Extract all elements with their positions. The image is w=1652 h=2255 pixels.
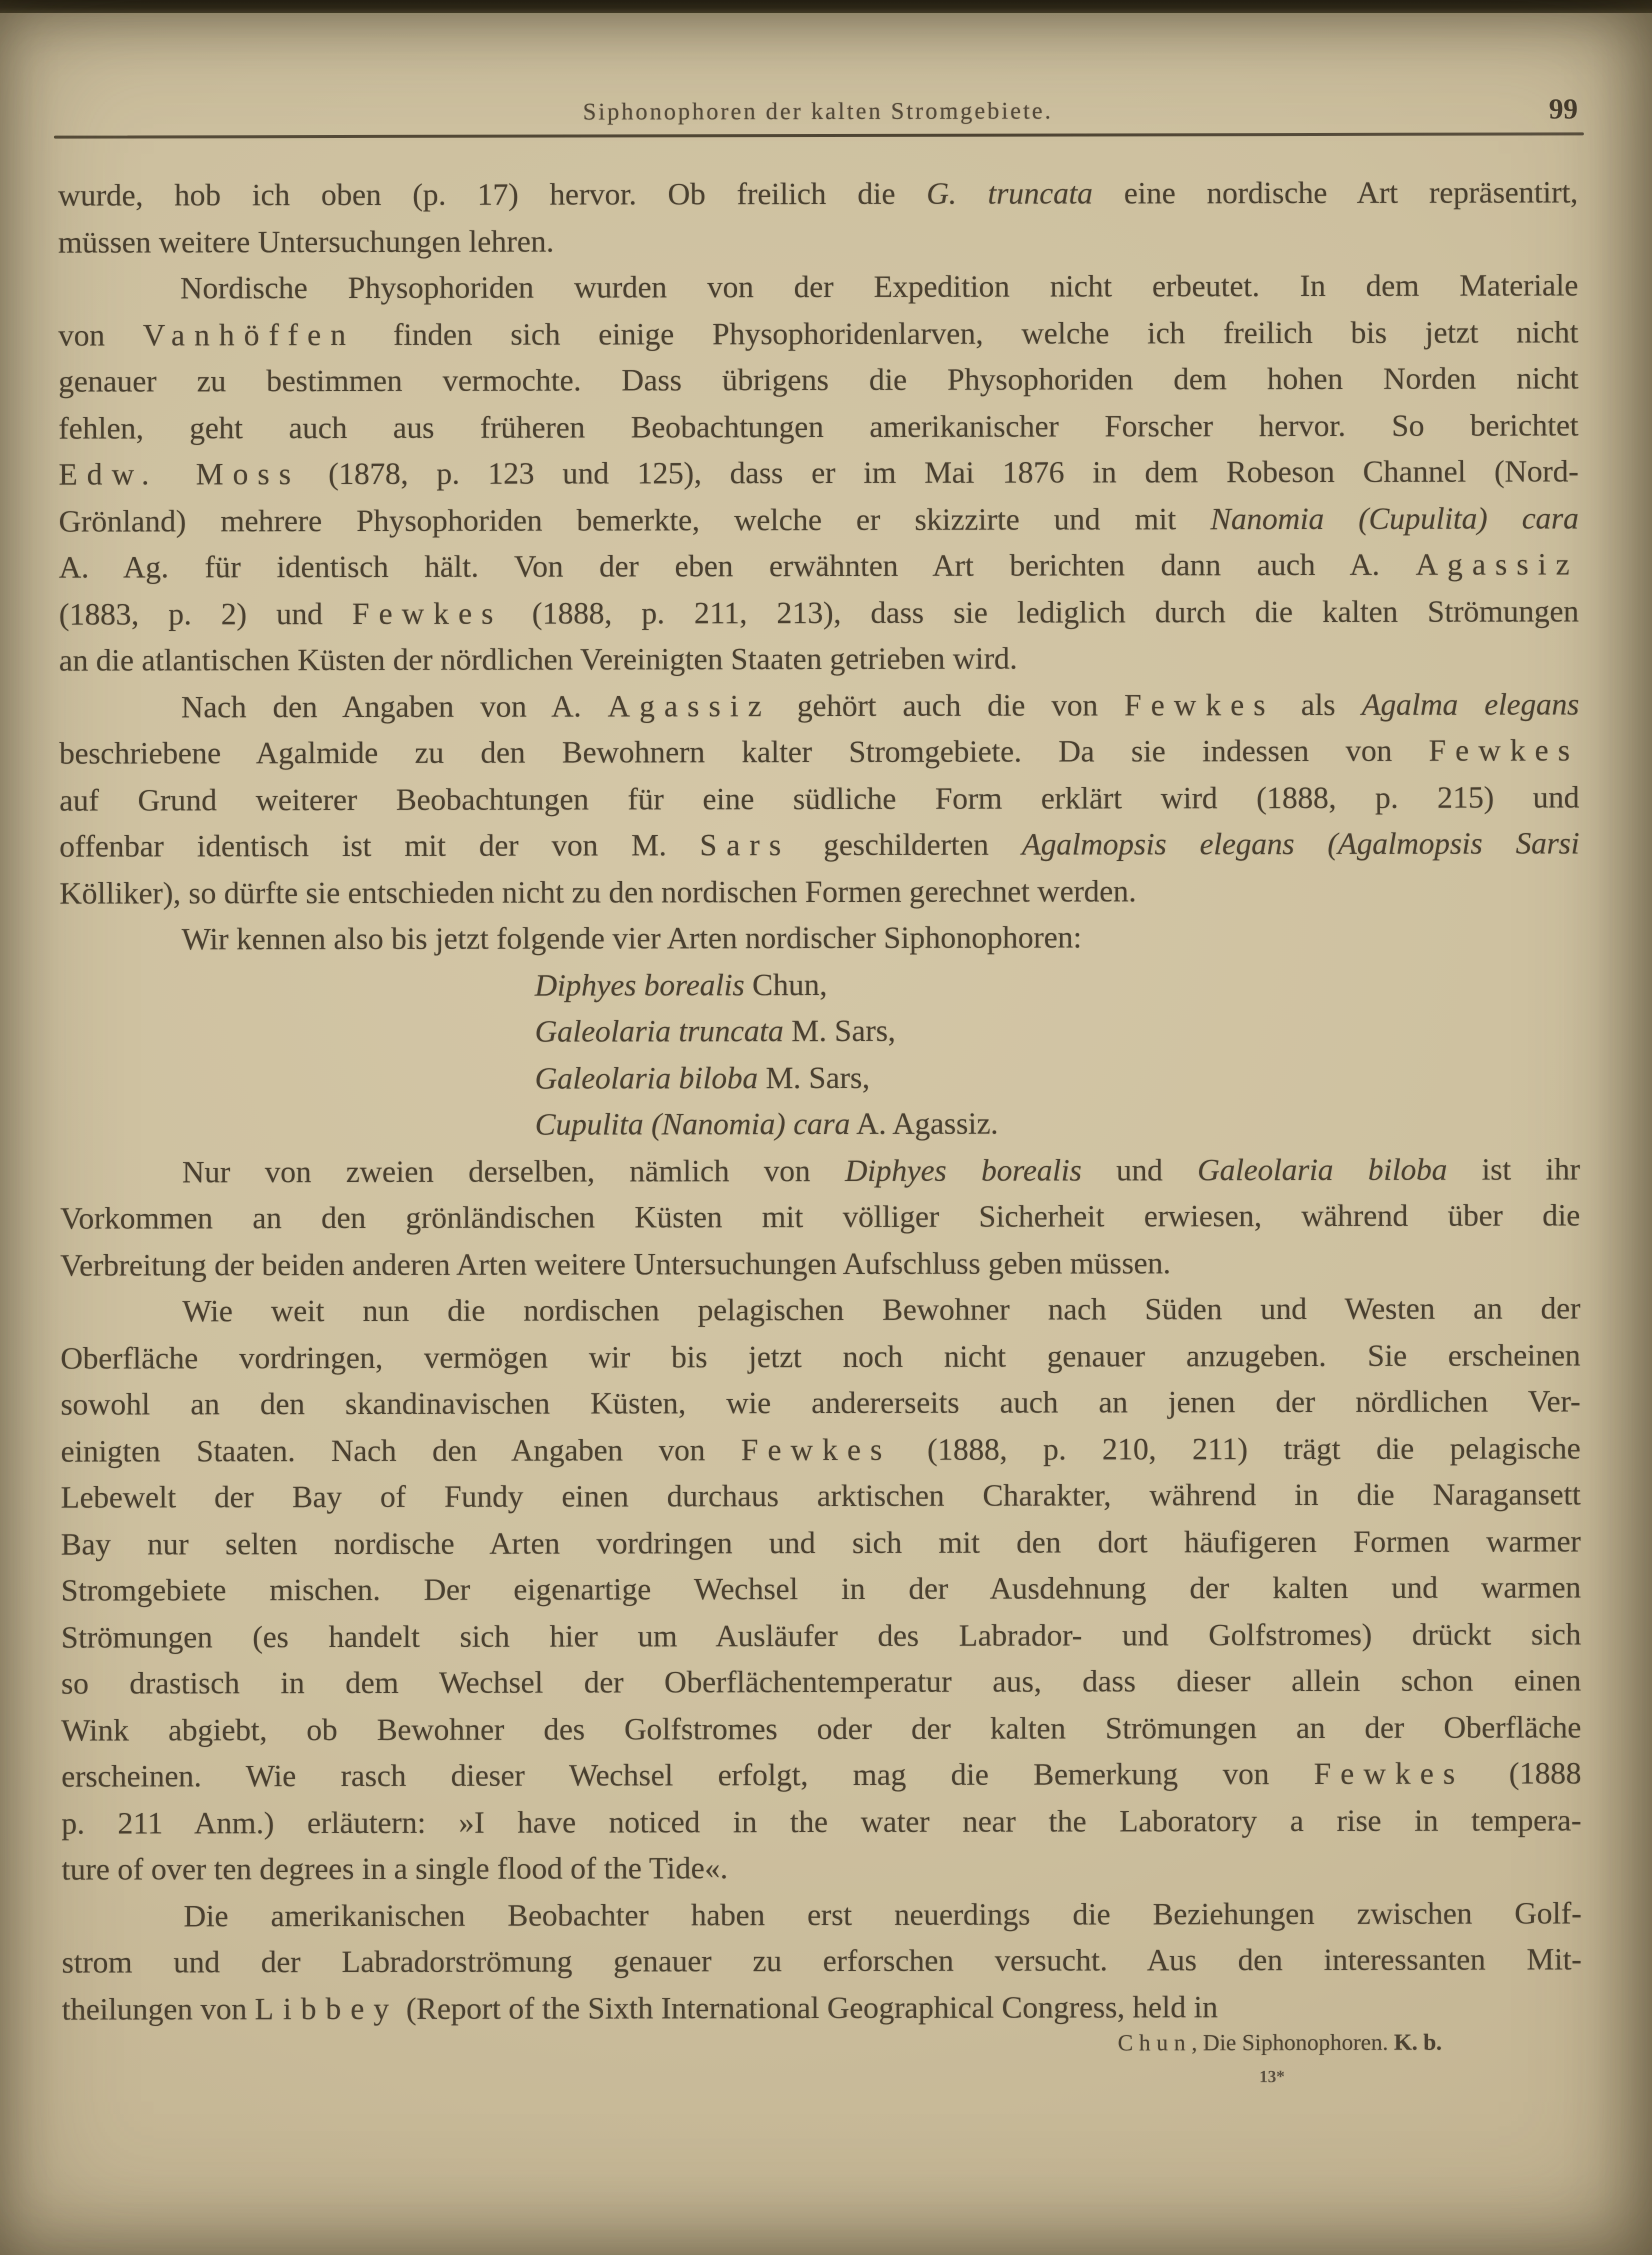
scanned-book-page: Siphonophoren der kalten Stromgebiete. 9…: [0, 0, 1652, 2255]
text-line: Stromgebiete mischen. Der eigenartige We…: [61, 1564, 1581, 1614]
text-line: Grönland) mehrere Physophoriden bemerkte…: [59, 495, 1579, 545]
text-line: genauer zu bestimmen vermochte. Dass übr…: [58, 355, 1578, 405]
footer-signature: Chun, Die Siphonophoren. K. b.: [62, 2030, 1442, 2059]
footer-work-title: , Die Siphonophoren.: [1191, 2030, 1388, 2055]
header-rule: [54, 132, 1584, 138]
text-line: Lebewelt der Bay of Fundy einen durchaus…: [61, 1471, 1581, 1521]
species-item: Diphyes borealis Chun,: [535, 960, 1580, 1009]
text-line: erscheinen. Wie rasch dieser Wechsel erf…: [61, 1750, 1581, 1800]
text-line: einigten Staaten. Nach den Angaben von F…: [61, 1425, 1581, 1475]
text-line: Verbreitung der beiden anderen Arten wei…: [60, 1239, 1580, 1289]
text-line: offenbar identisch ist mit der von M. Sa…: [59, 820, 1579, 870]
text-line: so drastisch in dem Wechsel der Oberfläc…: [61, 1657, 1581, 1707]
text-line: sowohl an den skandinavischen Küsten, wi…: [61, 1378, 1581, 1428]
text-line: Edw. Moss (1878, p. 123 und 125), dass e…: [59, 448, 1579, 498]
text-line: Wink abgiebt, ob Bewohner des Golfstrome…: [61, 1704, 1581, 1754]
footer-volume-mark: K. b.: [1388, 2030, 1442, 2055]
text-line: Wie weit nun die nordischen pelagischen …: [60, 1285, 1580, 1335]
text-line: Oberfläche vordringen, vermögen wir bis …: [60, 1332, 1580, 1382]
species-item: Cupulita (Nanomia) cara A. Agassiz.: [535, 1099, 1580, 1148]
page-body: wurde, hob ich oben (p. 17) hervor. Ob f…: [58, 169, 1582, 2032]
text-line: A. Ag. für identisch hält. Von der eben …: [59, 541, 1579, 591]
text-line: wurde, hob ich oben (p. 17) hervor. Ob f…: [58, 169, 1578, 219]
text-line: von Vanhöffen finden sich einige Physoph…: [58, 309, 1578, 359]
species-list: Diphyes borealis Chun,Galeolaria truncat…: [60, 960, 1580, 1149]
text-line: ture of over ten degrees in a single flo…: [62, 1843, 1582, 1893]
page-number: 99: [58, 93, 1578, 129]
text-line: Die amerikanischen Beobachter haben erst…: [62, 1890, 1582, 1940]
species-item: Galeolaria truncata M. Sars,: [535, 1006, 1580, 1055]
body-paragraph: Nur von zweien derselben, nämlich von Di…: [60, 1146, 1580, 1289]
page-content: Siphonophoren der kalten Stromgebiete. 9…: [0, 0, 1652, 2255]
text-line: Vorkommen an den grönländischen Küsten m…: [60, 1192, 1580, 1242]
text-line: (1883, p. 2) und Fewkes (1888, p. 211, 2…: [59, 588, 1579, 638]
text-line: Kölliker), so dürfte sie entschieden nic…: [59, 867, 1579, 917]
text-line: Bay nur selten nordische Arten vordringe…: [61, 1518, 1581, 1568]
text-line: fehlen, geht auch aus früheren Beobachtu…: [58, 402, 1578, 452]
sheet-mark: 13*: [1232, 2067, 1312, 2087]
text-line: auf Grund weiterer Beobachtungen für ein…: [59, 774, 1579, 824]
species-item: Galeolaria biloba M. Sars,: [535, 1053, 1580, 1102]
body-paragraph: Nordische Physophoriden wurden von der E…: [58, 262, 1579, 684]
footer-author: Chun: [1118, 2030, 1192, 2055]
text-line: theilungen von Libbey (Report of the Six…: [62, 1983, 1582, 2033]
text-line: an die atlantischen Küsten der nördliche…: [59, 634, 1579, 684]
body-paragraph: Die amerikanischen Beobachter haben erst…: [62, 1890, 1582, 2033]
body-paragraph: Wie weit nun die nordischen pelagischen …: [60, 1285, 1581, 1893]
text-line: Strömungen (es handelt sich hier um Ausl…: [61, 1611, 1581, 1661]
text-line: Nur von zweien derselben, nämlich von Di…: [60, 1146, 1580, 1196]
body-paragraph: Wir kennen also bis jetzt folgende vier …: [60, 913, 1580, 963]
body-paragraph: wurde, hob ich oben (p. 17) hervor. Ob f…: [58, 169, 1578, 265]
text-line: Wir kennen also bis jetzt folgende vier …: [60, 913, 1580, 963]
text-line: Nach den Angaben von A. Agassiz gehört a…: [59, 681, 1579, 731]
text-line: strom und der Labradorströmung genauer z…: [62, 1936, 1582, 1986]
text-line: p. 211 Anm.) erläutern: »I have noticed …: [61, 1797, 1581, 1847]
text-line: müssen weitere Untersuchungen lehren.: [58, 216, 1578, 266]
body-paragraph: Nach den Angaben von A. Agassiz gehört a…: [59, 681, 1579, 917]
text-line: Nordische Physophoriden wurden von der E…: [58, 262, 1578, 312]
text-line: beschriebene Agalmide zu den Bewohnern k…: [59, 727, 1579, 777]
